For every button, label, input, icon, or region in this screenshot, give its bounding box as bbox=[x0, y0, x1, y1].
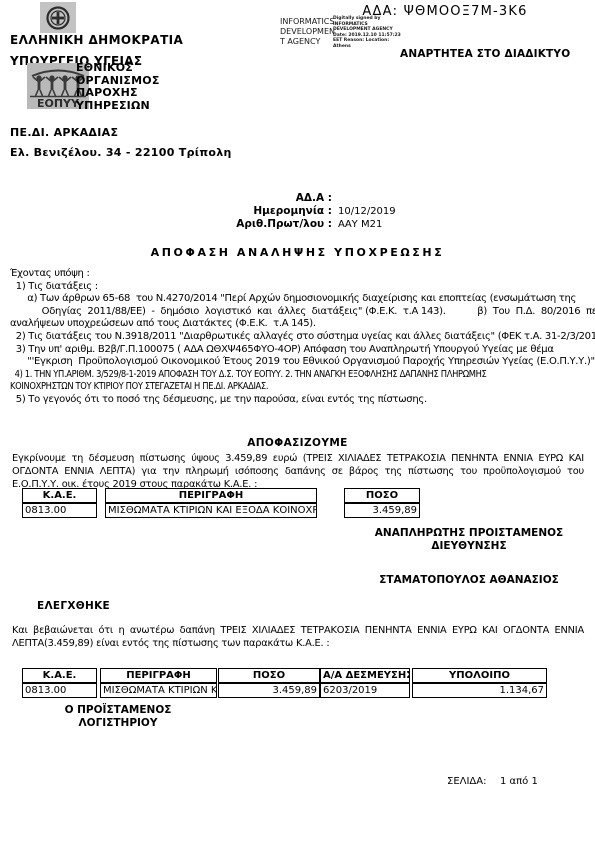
stamp-agency-line: INFORMATICS bbox=[280, 17, 335, 27]
decision-paragraph: Εγκρίνουμε τη δέσμευση πίστωσης ύψους 3.… bbox=[12, 452, 584, 491]
preamble-line: "'Εγκριση Προϋπολογισμού Οικονομικού Έτο… bbox=[10, 356, 595, 369]
deputy-title-line: ΔΙΕΥΘΥΝΣΗΣ bbox=[370, 540, 568, 553]
date-value: 10/12/2019 bbox=[338, 206, 396, 217]
preamble-line: 4) 1. ΤΗΝ ΥΠ.ΑΡΙΘΜ. 3/529/8-1-2019 ΑΠΟΦΑ… bbox=[10, 369, 525, 382]
preamble-line: 1) Τις διατάξεις : bbox=[10, 281, 595, 294]
document-page: ΕΛΛΗΝΙΚΗ ΔΗΜΟΚΡΑΤΙΑ ΥΠΟΥΡΓΕΙΟ ΥΓΕΙΑΣ ΕΟΠ… bbox=[0, 0, 595, 842]
description-column-table2: ΠΕΡΙΓΡΑΦΗ ΜΙΣΘΩΜΑΤΑ ΚΤΙΡΙΩΝ ΚΑΙ ΕΞΟΔΑ ΚΟ… bbox=[100, 668, 217, 698]
verification-paragraph: Και βεβαιώνεται ότι η ανωτέρω δαπάνη ΤΡΕ… bbox=[12, 624, 584, 650]
preamble-line: 2) Τις διατάξεις του Ν.3918/2011 "Διαρθρ… bbox=[10, 331, 595, 344]
greek-emblem-icon bbox=[40, 2, 76, 33]
amount-column-table2: ΠΟΣΟ 3.459,89 bbox=[218, 668, 320, 698]
org-line: ΥΠΗΡΕΣΙΩΝ bbox=[76, 100, 160, 113]
ada-label: ΑΔ.Α : bbox=[180, 192, 332, 204]
amount-cell: 3.459,89 bbox=[219, 684, 319, 697]
column-header: Α/Α ΔΕΣΜΕΥΣΗΣ bbox=[321, 669, 409, 684]
amount-cell: 3.459,89 bbox=[345, 504, 419, 517]
date-label: Ημερομηνία : bbox=[180, 205, 332, 217]
kae-column-table1: Κ.Α.Ε. 0813.00 bbox=[22, 488, 97, 518]
eopyy-logo-label: ΕΟΠΥΥ bbox=[37, 97, 80, 109]
column-header: ΠΟΣΟ bbox=[345, 489, 419, 504]
deputy-title-line: ΑΝΑΠΛΗΡΩΤΗΣ ΠΡΟΙΣΤΑΜΕΝΟΣ bbox=[370, 527, 568, 540]
kae-cell: 0813.00 bbox=[23, 684, 96, 697]
protocol-value: ΑΑΥ Μ21 bbox=[338, 219, 382, 230]
digital-signature-stamp: INFORMATICS DEVELOPMEN T AGENCY bbox=[280, 17, 335, 47]
preamble-line: Οδηγίας 2011/88/ΕΕ) - δημόσιο λογιστικό … bbox=[10, 306, 595, 319]
protocol-label: Αριθ.Πρωτ/λου : bbox=[180, 218, 332, 230]
description-cell: ΜΙΣΘΩΜΑΤΑ ΚΤΙΡΙΩΝ ΚΑΙ ΕΞΟΔΑ ΚΟΙΝΟΧΡΗΣΤΩΝ bbox=[101, 684, 216, 697]
preamble-line: ΚΟΙΝΟΧΡΗΣΤΩΝ ΤΟΥ ΚΤΙΡΙΟΥ ΠΟΥ ΣΤΕΓΑΖΕΤΑΙ … bbox=[10, 381, 525, 394]
accountant-title-line: ΛΟΓΙΣΤΗΡΙΟΥ bbox=[47, 717, 189, 730]
accountant-title: Ο ΠΡΟΪΣΤΑΜΕΝΟΣ ΛΟΓΙΣΤΗΡΙΟΥ bbox=[47, 704, 189, 730]
commitment-column-table2: Α/Α ΔΕΣΜΕΥΣΗΣ 6203/2019 bbox=[320, 668, 410, 698]
org-line: ΠΑΡΟΧΗΣ bbox=[76, 87, 160, 100]
description-cell: ΜΙΣΘΩΜΑΤΑ ΚΤΙΡΙΩΝ ΚΑΙ ΕΞΟΔΑ ΚΟΙΝΟΧΡΗΣΤΩΝ bbox=[106, 504, 316, 517]
regional-department: ΠΕ.ΔΙ. ΑΡΚΑΔΙΑΣ bbox=[10, 126, 118, 139]
stamp-agency-line: DEVELOPMEN bbox=[280, 27, 335, 37]
preamble-line: 3) Την υπ' αριθμ. Β2β/Γ.Π.100075 ( ΑΔΑ Ω… bbox=[10, 344, 595, 357]
column-header: ΠΕΡΙΓΡΑΦΗ bbox=[106, 489, 316, 504]
deputy-director-name: ΣΤΑΜΑΤΟΠΟΥΛΟΣ ΑΘΑΝΑΣΙΟΣ bbox=[370, 574, 568, 586]
accountant-title-line: Ο ΠΡΟΪΣΤΑΜΕΝΟΣ bbox=[47, 704, 189, 717]
column-header: ΥΠΟΛΟΙΠΟ bbox=[413, 669, 546, 684]
preamble-line: α) Των άρθρων 65-68 του Ν.4270/2014 "Περ… bbox=[10, 293, 595, 306]
column-header: Κ.Α.Ε. bbox=[23, 489, 96, 504]
preamble-line: αναλήψεων υποχρεώσεων από τους Διατάκτες… bbox=[10, 318, 595, 331]
decision-heading: ΑΠΟΦΑΣΙΖΟΥΜΕ bbox=[0, 437, 595, 449]
digital-signature-details: Digitally signed by INFORMATICS DEVELOPM… bbox=[333, 16, 405, 50]
commitment-cell: 6203/2019 bbox=[321, 684, 409, 697]
page-label: ΣΕΛΙΔΑ: bbox=[447, 776, 486, 787]
column-header: ΠΟΣΟ bbox=[219, 669, 319, 684]
address-line: Ελ. Βενιζέλου. 34 - 22100 Τρίπολη bbox=[10, 146, 232, 159]
kae-column-table2: Κ.Α.Ε. 0813.00 bbox=[22, 668, 97, 698]
document-title: ΑΠΟΦΑΣΗ ΑΝΑΛΗΨΗΣ ΥΠΟΧΡΕΩΣΗΣ bbox=[0, 246, 595, 259]
deputy-director-title: ΑΝΑΠΛΗΡΩΤΗΣ ΠΡΟΙΣΤΑΜΕΝΟΣ ΔΙΕΥΘΥΝΣΗΣ bbox=[370, 527, 568, 553]
column-header: ΠΕΡΙΓΡΑΦΗ bbox=[101, 669, 216, 684]
organization-name: ΕΘΝΙΚΟΣ ΟΡΓΑΝΙΣΜΟΣ ΠΑΡΟΧΗΣ ΥΠΗΡΕΣΙΩΝ bbox=[76, 62, 160, 112]
checked-label: ΕΛΕΓΧΘΗΚΕ bbox=[37, 600, 110, 612]
stamp-agency-line: T AGENCY bbox=[280, 37, 335, 47]
page-number: 1 από 1 bbox=[500, 776, 538, 787]
amount-column-table1: ΠΟΣΟ 3.459,89 bbox=[344, 488, 420, 518]
description-column-table1: ΠΕΡΙΓΡΑΦΗ ΜΙΣΘΩΜΑΤΑ ΚΤΙΡΙΩΝ ΚΑΙ ΕΞΟΔΑ ΚΟ… bbox=[105, 488, 317, 518]
republic-title: ΕΛΛΗΝΙΚΗ ΔΗΜΟΚΡΑΤΙΑ bbox=[10, 33, 183, 47]
org-line: ΕΘΝΙΚΟΣ bbox=[76, 62, 160, 75]
kae-cell: 0813.00 bbox=[23, 504, 96, 517]
preamble-line: 5) Το γεγονός ότι το ποσό της δέσμευσης,… bbox=[10, 394, 595, 407]
balance-cell: 1.134,67 bbox=[413, 684, 546, 697]
web-posting-notice: ΑΝΑΡΤΗΤΕΑ ΣΤΟ ΔΙΑΔΙΚΤΥΟ bbox=[400, 48, 570, 60]
preamble-text: Έχοντας υπόψη : 1) Τις διατάξεις : α) Τω… bbox=[10, 268, 595, 407]
column-header: Κ.Α.Ε. bbox=[23, 669, 96, 684]
preamble-line: Έχοντας υπόψη : bbox=[10, 268, 595, 281]
balance-column-table2: ΥΠΟΛΟΙΠΟ 1.134,67 bbox=[412, 668, 547, 698]
